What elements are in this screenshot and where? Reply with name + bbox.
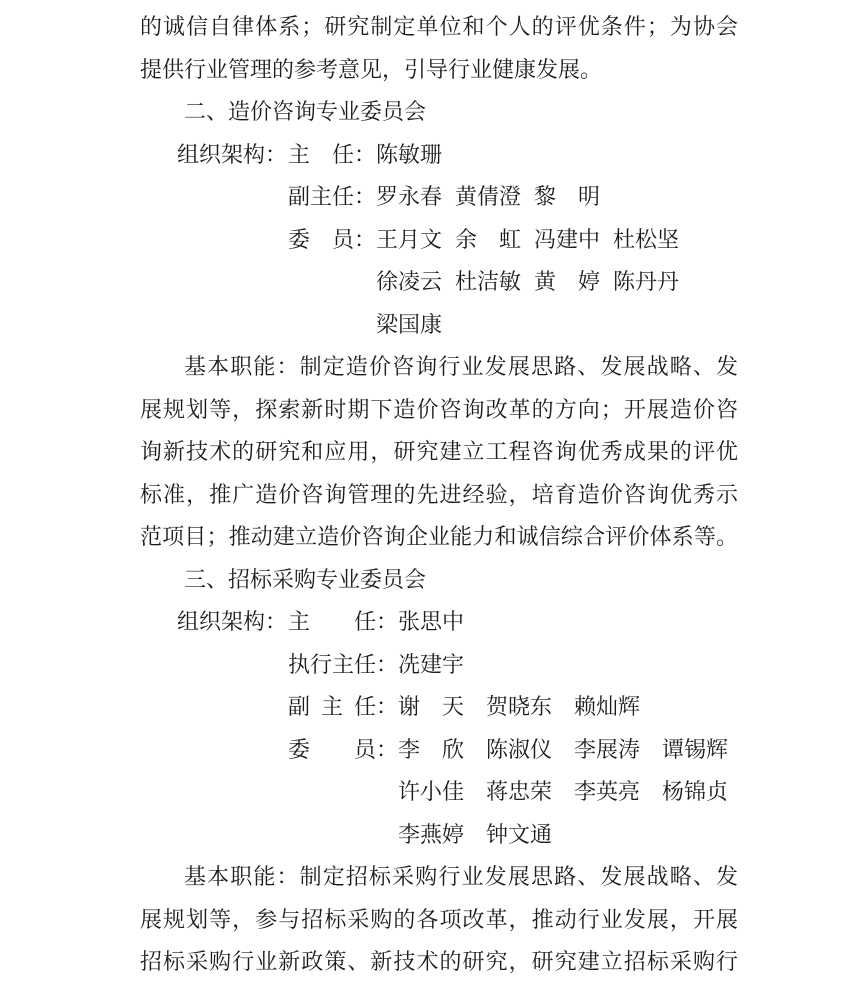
org-structure-label [140,219,288,262]
member-name: 杨锦贞 [662,771,728,814]
member-names: 许小佳蒋忠荣李英亮杨锦贞 [398,771,728,814]
member-name: 蒋忠荣 [486,771,552,814]
org-role-row: 执行主任：冼建宇 [140,644,738,687]
role-colon: ： [376,652,398,677]
org-members-row: 徐凌云杜洁敏黄婷陈丹丹 [140,261,738,304]
duties-line: 展规划等，探索新时期下造价咨询改革的方向；开展造价咨 [140,389,738,432]
role-label-text: 委员 [288,729,376,772]
role-colon: ： [354,142,376,167]
member-name: 李英亮 [574,771,640,814]
role-label-text: 副主任 [288,686,376,729]
role-colon: ： [376,737,398,762]
member-name: 许小佳 [398,771,464,814]
duties-line: 招标采购行业新政策、新技术的研究，研究建立招标采购行 [140,941,738,984]
role-colon: ： [354,227,376,252]
member-name: 冼建宇 [398,644,464,687]
role-colon: ： [354,184,376,209]
role-label-text: 委员 [288,219,354,262]
committee-heading: 二、造价咨询专业委员会 [140,91,738,134]
org-structure-label [140,644,288,687]
intro-paragraph: 的诚信自律体系；研究制定单位和个人的评优条件；为协会提供行业管理的参考意见，引导… [140,6,738,91]
role-label: 主任： [288,134,376,177]
member-name: 王月文 [376,219,442,262]
duties-line: 询新技术的研究和应用，研究建立工程咨询优秀成果的评优 [140,431,738,474]
document-body: 的诚信自律体系；研究制定单位和个人的评优条件；为协会提供行业管理的参考意见，引导… [140,6,738,984]
role-label: 委员： [288,729,398,772]
member-name: 黄婷 [534,261,600,304]
org-members-row: 许小佳蒋忠荣李英亮杨锦贞 [140,771,738,814]
duties-line: 基本职能：制定造价咨询行业发展思路、发展战略、发 [140,346,738,389]
member-name: 陈淑仪 [486,729,552,772]
member-names: 梁国康 [376,304,442,347]
member-names: 徐凌云杜洁敏黄婷陈丹丹 [376,261,679,304]
member-name: 黎明 [534,176,600,219]
committee-section: 二、造价咨询专业委员会组织架构：主任：陈敏珊副主任：罗永春黄倩澄黎明委员：王月文… [140,91,738,559]
intro-line: 的诚信自律体系；研究制定单位和个人的评优条件；为协会 [140,6,738,49]
member-names: 李燕婷钟文通 [398,814,552,857]
org-role-row: 副主任：罗永春黄倩澄黎明 [140,176,738,219]
member-names: 李欣陈淑仪李展涛谭锡辉 [398,729,728,772]
document-page: 的诚信自律体系；研究制定单位和个人的评优条件；为协会提供行业管理的参考意见，引导… [0,0,850,984]
member-name: 杜洁敏 [455,261,521,304]
member-name: 谭锡辉 [662,729,728,772]
org-members-row: 梁国康 [140,304,738,347]
committee-section: 三、招标采购专业委员会组织架构：主任：张思中执行主任：冼建宇副主任：谢天贺晓东赖… [140,559,738,984]
role-label: 副主任： [288,686,398,729]
duties-line: 范项目；推动建立造价咨询企业能力和诚信综合评价体系等。 [140,516,738,559]
member-name: 罗永春 [376,176,442,219]
org-role-row: 组织架构：主任：陈敏珊 [140,134,738,177]
member-name: 徐凌云 [376,261,442,304]
org-structure-label [140,729,288,772]
role-label: 主任： [288,601,398,644]
role-label-text: 主任 [288,601,376,644]
org-structure-label [140,176,288,219]
org-role-row: 委员：李欣陈淑仪李展涛谭锡辉 [140,729,738,772]
member-names: 谢天贺晓东赖灿辉 [398,686,640,729]
member-name: 陈敏珊 [376,134,442,177]
member-name: 冯建中 [534,219,600,262]
committee-heading: 三、招标采购专业委员会 [140,559,738,602]
role-label: 委员： [288,219,376,262]
role-label: 副主任： [288,176,376,219]
org-role-row: 组织架构：主任：张思中 [140,601,738,644]
org-role-row: 委员：王月文余虹冯建中杜松坚 [140,219,738,262]
org-structure-label: 组织架构： [140,601,288,644]
org-role-row: 副主任：谢天贺晓东赖灿辉 [140,686,738,729]
member-names: 张思中 [398,601,464,644]
org-structure-label [140,686,288,729]
role-label: 执行主任： [288,644,398,687]
intro-line: 提供行业管理的参考意见，引导行业健康发展。 [140,49,738,92]
member-name: 陈丹丹 [613,261,679,304]
org-members-row: 李燕婷钟文通 [140,814,738,857]
member-name: 张思中 [398,601,464,644]
member-name: 李展涛 [574,729,640,772]
duties-line: 标准，推广造价咨询管理的先进经验，培育造价咨询优秀示 [140,474,738,517]
member-name: 梁国康 [376,304,442,347]
member-name: 赖灿辉 [574,686,640,729]
org-structure-label: 组织架构： [140,134,288,177]
member-names: 罗永春黄倩澄黎明 [376,176,600,219]
role-label-text: 执行主任 [288,644,376,687]
member-names: 冼建宇 [398,644,464,687]
duties-line: 展规划等，参与招标采购的各项改革，推动行业发展，开展 [140,899,738,942]
duties-line: 基本职能：制定招标采购行业发展思路、发展战略、发 [140,856,738,899]
member-name: 李燕婷 [398,814,464,857]
member-name: 李欣 [398,729,464,772]
role-label-text: 副主任 [288,176,354,219]
member-name: 余虹 [455,219,521,262]
role-colon: ： [376,694,398,719]
member-names: 王月文余虹冯建中杜松坚 [376,219,679,262]
member-name: 贺晓东 [486,686,552,729]
member-names: 陈敏珊 [376,134,442,177]
member-name: 黄倩澄 [455,176,521,219]
member-name: 谢天 [398,686,464,729]
member-name: 杜松坚 [613,219,679,262]
member-name: 钟文通 [486,814,552,857]
role-colon: ： [376,609,398,634]
role-label-text: 主任 [288,134,354,177]
